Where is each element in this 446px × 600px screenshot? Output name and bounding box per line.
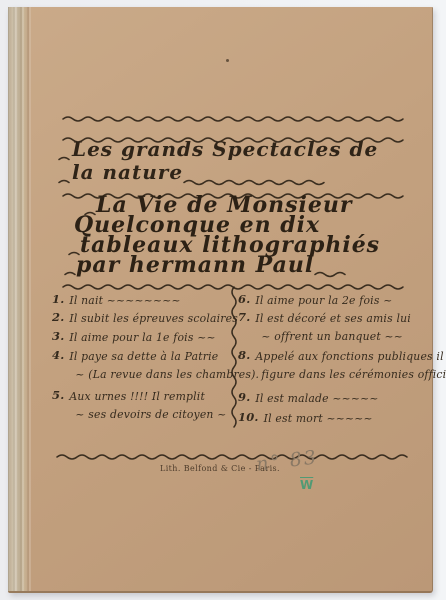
- item-number: 9.: [238, 390, 250, 408]
- item-number: 3.: [52, 329, 64, 347]
- list-item: 7. Il est décoré et ses amis lui~ offren…: [238, 310, 411, 346]
- list-item: 10. Il est mort ~~~~~: [238, 410, 373, 428]
- item-number: 5.: [52, 388, 64, 424]
- series-title: Les grands Spectacles de la nature: [58, 138, 378, 184]
- item-text: ~ offrent un banquet ~~: [261, 328, 411, 346]
- lithograph-cover-sheet: Les grands Spectacles de la nature La Vi…: [8, 7, 433, 593]
- list-item: 8. Appelé aux fonctions publiques ilfigu…: [238, 348, 446, 384]
- list-item: 6. Il aime pour la 2e fois ~: [238, 292, 392, 310]
- ink-squiggle: [314, 262, 348, 271]
- series-title-line2: la nature: [58, 161, 378, 184]
- ink-squiggle: [58, 169, 72, 178]
- ink-squiggle: [183, 169, 333, 178]
- item-number: 4.: [52, 348, 64, 384]
- item-number: 10.: [238, 410, 259, 428]
- ink-squiggle: [84, 202, 96, 211]
- item-number: 2.: [52, 310, 64, 328]
- item-text: ~ ses devoirs de citoyen ~: [75, 406, 226, 424]
- item-number: 7.: [238, 310, 250, 346]
- photo-background: Les grands Spectacles de la nature La Vi…: [0, 0, 446, 600]
- ink-speck: [226, 59, 229, 62]
- item-text: Il aime pour la 1e fois ~~: [69, 329, 215, 347]
- item-number: 6.: [238, 292, 250, 310]
- item-number: 8.: [238, 348, 250, 384]
- item-number: 1.: [52, 292, 64, 310]
- ink-squiggle: [58, 146, 72, 155]
- item-text: Appelé aux fonctions publiques il: [255, 348, 446, 366]
- item-text: figure dans les cérémonies officielles: [261, 366, 446, 384]
- list-item: 1. Il nait ~~~~~~~~: [52, 292, 181, 310]
- item-text: Il est décoré et ses amis lui: [255, 310, 411, 328]
- list-item: 9. Il est malade ~~~~~: [238, 390, 379, 408]
- main-title: La Vie de Monsieur Quelconque en dix tab…: [58, 195, 380, 275]
- list-item: 2. Il subit les épreuves scolaires: [52, 310, 238, 328]
- wavy-divider: [62, 109, 410, 119]
- item-text: Il est mort ~~~~~: [264, 410, 373, 428]
- item-text: Il nait ~~~~~~~~: [69, 292, 180, 310]
- ink-squiggle: [64, 262, 76, 271]
- main-title-line4: par hermann Paul: [64, 255, 380, 275]
- item-text: Aux urnes !!!! Il remplit: [69, 388, 226, 406]
- item-text: Il est malade ~~~~~: [255, 390, 378, 408]
- collector-monogram: W: [300, 478, 313, 492]
- list-item: 5. Aux urnes !!!! Il remplit~ ses devoir…: [52, 388, 226, 424]
- item-text: Il subit les épreuves scolaires: [69, 310, 238, 328]
- item-text: Il aime pour la 2e fois ~: [255, 292, 392, 310]
- list-item: 3. Il aime pour la 1e fois ~~: [52, 329, 216, 347]
- binding-edge: [8, 7, 31, 591]
- wavy-divider: [56, 447, 414, 457]
- ink-squiggle: [68, 242, 80, 251]
- series-title-line1: Les grands Spectacles de: [58, 138, 378, 161]
